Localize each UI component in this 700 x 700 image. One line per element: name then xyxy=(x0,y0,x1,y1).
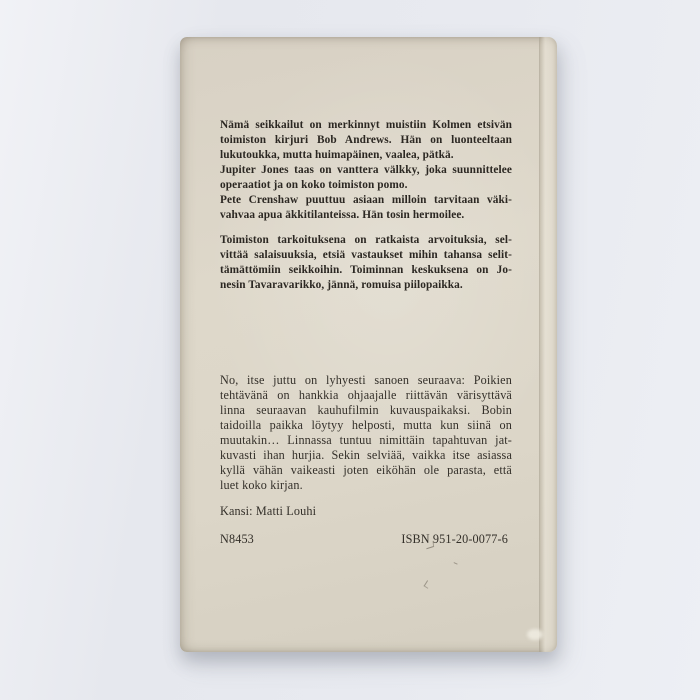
agency-paragraph: Toimiston tarkoituksena on ratkaista arv… xyxy=(220,233,512,293)
blurb-line: linna seuraavan kauhufilmin kuvauspaikak… xyxy=(220,403,512,418)
pencil-mark xyxy=(454,560,459,564)
blurb-line: vahvaa apua äkkitilanteissa. Hän tosin h… xyxy=(220,208,512,223)
blurb-line: muutakin… Linnassa tuntuu nimittäin tapa… xyxy=(220,433,512,448)
cover-credit: Kansi: Matti Louhi xyxy=(220,504,512,519)
blurb-line: Nämä seikkailut on merkinnyt muistiin Ko… xyxy=(220,118,512,133)
photo-background: Nämä seikkailut on merkinnyt muistiin Ko… xyxy=(0,0,700,700)
blurb-line: toimiston kirjuri Bob Andrews. Hän on lu… xyxy=(220,133,512,148)
blurb-line: operaatiot ja on koko toimiston pomo. xyxy=(220,178,512,193)
back-cover-text: Nämä seikkailut on merkinnyt muistiin Ko… xyxy=(220,118,512,547)
blurb-line: kyllä vähän vaikeasti joten eiköhän ole … xyxy=(220,463,512,478)
characters-paragraph: Nämä seikkailut on merkinnyt muistiin Ko… xyxy=(220,118,512,223)
blurb-line: tehtävänä on hankkia ohjaajalle riittävä… xyxy=(220,388,512,403)
code-isbn-row: N8453 ISBN 951-20-0077-6 xyxy=(220,532,512,547)
book-back-cover: Nämä seikkailut on merkinnyt muistiin Ko… xyxy=(180,37,557,652)
blurb-line: lukutoukka, mutta huimapäinen, vaalea, p… xyxy=(220,148,512,163)
blurb-line: tämättömiin seikkoihin. Toiminnan keskuk… xyxy=(220,263,512,278)
blurb-line: nesin Tavaravarikko, jännä, romuisa piil… xyxy=(220,278,512,293)
corner-wear xyxy=(527,629,543,640)
plot-paragraph: No, itse juttu on lyhyesti sanoen seuraa… xyxy=(220,373,512,493)
blurb-line: luet koko kirjan. xyxy=(220,478,512,493)
blurb-line: No, itse juttu on lyhyesti sanoen seuraa… xyxy=(220,373,512,388)
blurb-line: Toimiston tarkoituksena on ratkaista arv… xyxy=(220,233,512,248)
spine-fold xyxy=(539,37,557,652)
blurb-line: Jupiter Jones taas on vanttera välkky, j… xyxy=(220,163,512,178)
blurb-line: Pete Crenshaw puuttuu asiaan milloin tar… xyxy=(220,193,512,208)
blurb-line: vittää salaisuuksia, etsiä vastaukset mi… xyxy=(220,248,512,263)
blurb-line: kuvasti ihan hurjia. Sekin selviää, vaik… xyxy=(220,448,512,463)
blurb-line: taidoilla paikka löytyy helposti, mutta … xyxy=(220,418,512,433)
product-code: N8453 xyxy=(220,532,254,547)
isbn: ISBN 951-20-0077-6 xyxy=(401,532,508,547)
pencil-mark xyxy=(424,580,432,589)
